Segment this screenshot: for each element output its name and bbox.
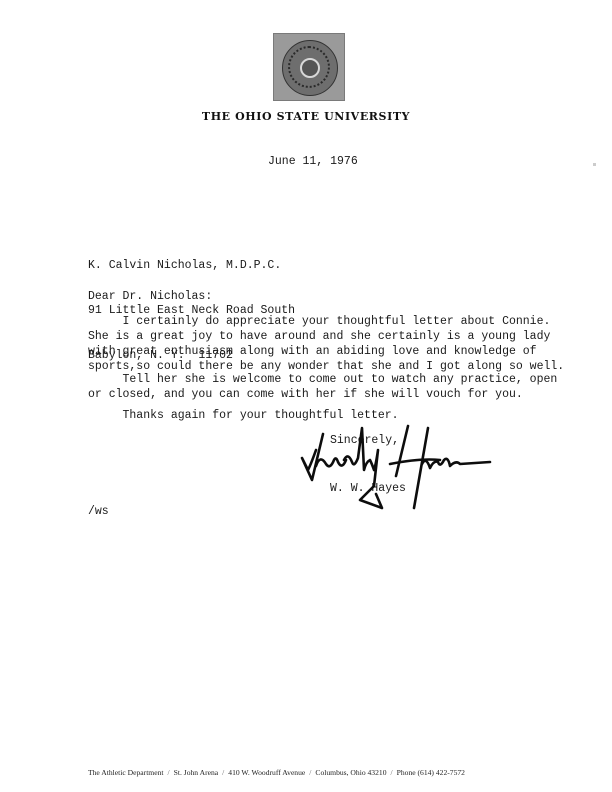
handwritten-signature-icon: [290, 420, 500, 530]
footer-city: Columbus, Ohio 43210: [315, 768, 386, 777]
footer-department: The Athletic Department: [88, 768, 164, 777]
paper-speck: [593, 163, 596, 166]
body-paragraph: Tell her she is welcome to come out to w…: [88, 372, 557, 402]
footer-separator: /: [309, 768, 311, 777]
footer-separator: /: [168, 768, 170, 777]
footer-separator: /: [391, 768, 393, 777]
footer-separator: /: [222, 768, 224, 777]
university-seal-icon: [273, 33, 345, 101]
letter-page: THE OHIO STATE UNIVERSITY June 11, 1976 …: [0, 0, 612, 792]
footer-phone: Phone (614) 422-7572: [397, 768, 465, 777]
salutation: Dear Dr. Nicholas:: [88, 289, 212, 304]
recipient-name: K. Calvin Nicholas, M.D.P.C.: [88, 258, 295, 273]
footer-building: St. John Arena: [174, 768, 219, 777]
body-paragraph: I certainly do appreciate your thoughtfu…: [88, 314, 564, 374]
letter-date: June 11, 1976: [268, 154, 358, 169]
typist-initials: /ws: [88, 504, 109, 519]
institution-name: THE OHIO STATE UNIVERSITY: [0, 110, 612, 123]
letterhead-footer: The Athletic Department/St. John Arena/4…: [88, 768, 608, 777]
footer-street: 410 W. Woodruff Avenue: [228, 768, 305, 777]
